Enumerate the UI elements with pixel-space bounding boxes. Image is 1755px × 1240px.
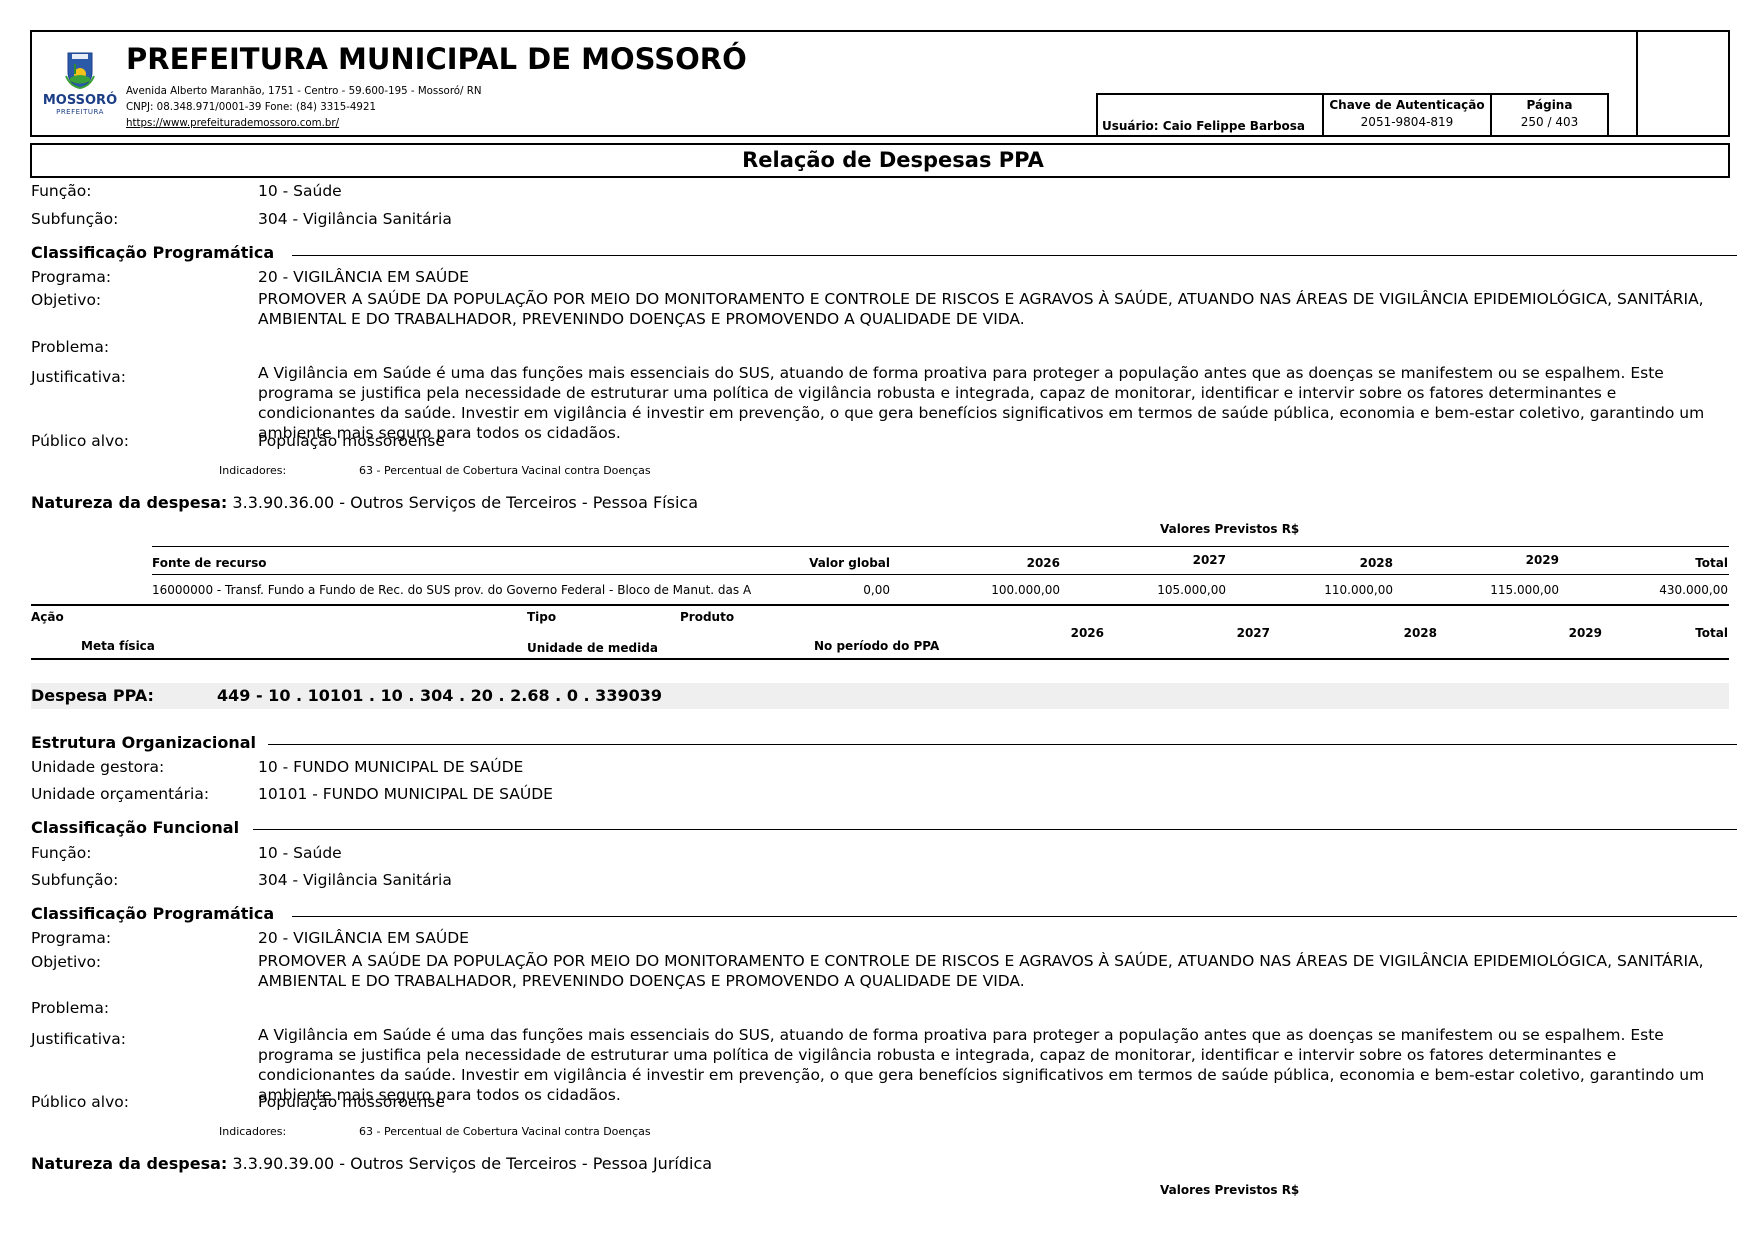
user-name: Usuário: Caio Felippe Barbosa (1102, 119, 1305, 133)
despesa-ppa-bar: Despesa PPA: 449 - 10 . 10101 . 10 . 304… (31, 683, 1729, 709)
fonte-value: 16000000 - Transf. Fundo a Fundo de Rec.… (152, 583, 751, 597)
table-top-rule (152, 546, 1729, 547)
justificativa-label: Justificativa: (31, 368, 126, 386)
unidade-orcamentaria-label: Unidade orçamentária: (31, 785, 209, 803)
unidade-orcamentaria-value: 10101 - FUNDO MUNICIPAL DE SAÚDE (258, 785, 553, 803)
logo-brand-text: MOSSORÓ (42, 93, 118, 108)
valor-global-value: 0,00 (790, 583, 890, 597)
user-cell: Usuário: Caio Felippe Barbosa (1096, 95, 1322, 137)
objetivo-value: PROMOVER A SAÚDE DA POPULAÇÃO POR MEIO D… (258, 289, 1738, 329)
indicadores-label: Indicadores: (219, 1125, 286, 1138)
col-meta-fisica: Meta física (81, 639, 155, 653)
col-acao: Ação (31, 610, 64, 624)
col-meta-2026: 2026 (1004, 626, 1104, 640)
justificativa-label: Justificativa: (31, 1030, 126, 1048)
subfuncao-label: Subfunção: (31, 210, 118, 228)
despesa-ppa-code: 449 - 10 . 10101 . 10 . 304 . 20 . 2.68 … (217, 686, 662, 705)
col-2029: 2029 (1459, 553, 1559, 567)
value-2026: 100.000,00 (960, 583, 1060, 597)
unidade-gestora-value: 10 - FUNDO MUNICIPAL DE SAÚDE (258, 758, 523, 776)
organization-contact: CNPJ: 08.348.971/0001-39 Fone: (84) 3315… (126, 100, 376, 113)
col-2027: 2027 (1126, 553, 1226, 567)
auth-key-cell: Chave de Autenticação 2051-9804-819 (1322, 95, 1490, 137)
section-classificacao-programatica: Classificação Programática (31, 243, 274, 262)
page-cell: Página 250 / 403 (1490, 95, 1607, 137)
section-classificacao-programatica: Classificação Programática (31, 904, 274, 923)
col-meta-2028: 2028 (1337, 626, 1437, 640)
organization-website-link[interactable]: https://www.prefeiturademossoro.com.br/ (126, 116, 339, 129)
value-2027: 105.000,00 (1126, 583, 1226, 597)
value-2029: 115.000,00 (1459, 583, 1559, 597)
indicadores-value: 63 - Percentual de Cobertura Vacinal con… (359, 464, 651, 477)
natureza-label: Natureza da despesa: (31, 1154, 227, 1173)
objetivo-value: PROMOVER A SAÚDE DA POPULAÇÃO POR MEIO D… (258, 951, 1738, 991)
municipal-coat-of-arms-icon (64, 50, 96, 90)
natureza-value: 3.3.90.39.00 - Outros Serviços de Tercei… (232, 1154, 712, 1173)
natureza-label: Natureza da despesa: (31, 493, 227, 512)
problema-label: Problema: (31, 999, 109, 1017)
unidade-gestora-label: Unidade gestora: (31, 758, 164, 776)
auth-key-value: 2051-9804-819 (1324, 115, 1490, 129)
section-divider (268, 744, 1737, 745)
col-2028: 2028 (1293, 556, 1393, 570)
programa-value: 20 - VIGILÂNCIA EM SAÚDE (258, 929, 469, 947)
col-2026: 2026 (960, 556, 1060, 570)
organization-name: PREFEITURA MUNICIPAL DE MOSSORÓ (126, 42, 747, 76)
col-fonte-de-recurso: Fonte de recurso (152, 556, 266, 570)
col-tipo: Tipo (527, 610, 556, 624)
col-produto: Produto (680, 610, 734, 624)
natureza-despesa: Natureza da despesa: 3.3.90.36.00 - Outr… (31, 493, 698, 512)
funcao-value: 10 - Saúde (258, 844, 342, 862)
col-valor-global: Valor global (790, 556, 890, 570)
value-total: 430.000,00 (1628, 583, 1728, 597)
section-divider (292, 916, 1737, 917)
table-header-rule (152, 574, 1729, 575)
col-total: Total (1628, 556, 1728, 570)
table-bottom-rule (31, 604, 1729, 606)
publico-alvo-label: Público alvo: (31, 432, 129, 450)
section-divider (253, 829, 1737, 830)
publico-alvo-value: População mossoroense (258, 432, 445, 450)
auth-key-label: Chave de Autenticação (1324, 98, 1490, 112)
publico-alvo-label: Público alvo: (31, 1093, 129, 1111)
objetivo-label: Objetivo: (31, 953, 101, 971)
programa-value: 20 - VIGILÂNCIA EM SAÚDE (258, 268, 469, 286)
despesa-ppa-label: Despesa PPA: (31, 686, 154, 705)
report-title: Relação de Despesas PPA (742, 148, 1044, 172)
problema-label: Problema: (31, 338, 109, 356)
programa-label: Programa: (31, 268, 111, 286)
natureza-despesa: Natureza da despesa: 3.3.90.39.00 - Outr… (31, 1154, 712, 1173)
col-no-periodo-do-ppa: No período do PPA (814, 639, 939, 653)
subfuncao-label: Subfunção: (31, 871, 118, 889)
valores-previstos-heading: Valores Previstos R$ (1160, 522, 1299, 536)
header-divider (1636, 30, 1638, 137)
justificativa-value: A Vigilância em Saúde é uma das funções … (258, 1025, 1738, 1105)
page-number: 250 / 403 (1492, 115, 1607, 129)
section-classificacao-funcional: Classificação Funcional (31, 818, 239, 837)
col-meta-2029: 2029 (1502, 626, 1602, 640)
value-2028: 110.000,00 (1293, 583, 1393, 597)
section-divider (292, 255, 1737, 256)
subfuncao-value: 304 - Vigilância Sanitária (258, 871, 452, 889)
indicadores-label: Indicadores: (219, 464, 286, 477)
section-estrutura-organizacional: Estrutura Organizacional (31, 733, 256, 752)
justificativa-value: A Vigilância em Saúde é uma das funções … (258, 363, 1738, 443)
funcao-label: Função: (31, 844, 91, 862)
col-meta-total: Total (1628, 626, 1728, 640)
acao-table-rule (31, 658, 1729, 660)
subfuncao-value: 304 - Vigilância Sanitária (258, 210, 452, 228)
publico-alvo-value: População mossoroense (258, 1093, 445, 1111)
meta-divider (1607, 95, 1609, 137)
report-meta: Usuário: Caio Felippe Barbosa Chave de A… (1096, 93, 1609, 137)
logo-subtitle: PREFEITURA (42, 108, 118, 116)
programa-label: Programa: (31, 929, 111, 947)
col-meta-2027: 2027 (1170, 626, 1270, 640)
funcao-label: Função: (31, 182, 91, 200)
municipal-logo: MOSSORÓ PREFEITURA (42, 50, 118, 122)
indicadores-value: 63 - Percentual de Cobertura Vacinal con… (359, 1125, 651, 1138)
report-title-bar: Relação de Despesas PPA (30, 143, 1730, 178)
page-label: Página (1492, 98, 1607, 112)
natureza-value: 3.3.90.36.00 - Outros Serviços de Tercei… (232, 493, 698, 512)
organization-address: Avenida Alberto Maranhão, 1751 - Centro … (126, 84, 482, 97)
funcao-value: 10 - Saúde (258, 182, 342, 200)
objetivo-label: Objetivo: (31, 291, 101, 309)
valores-previstos-heading: Valores Previstos R$ (1160, 1183, 1299, 1197)
col-unidade-de-medida: Unidade de medida (527, 641, 658, 655)
